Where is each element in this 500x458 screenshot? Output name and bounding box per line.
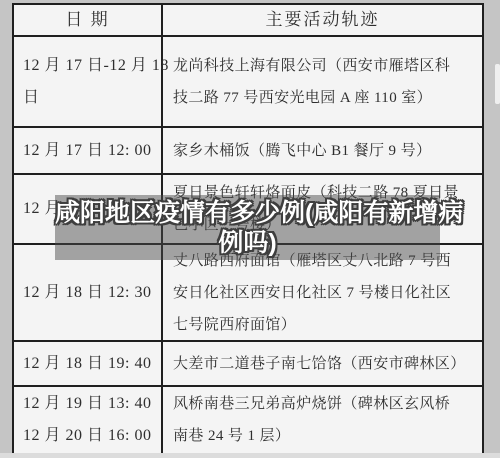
date-text: 12 月 17 日 12: 00 xyxy=(23,135,157,167)
date-text: 12 月 19 日 13: 40 xyxy=(23,388,157,420)
bottom-margin-strip xyxy=(0,453,500,458)
date-cell: 12 月 17 日-12 月 18 日 xyxy=(14,37,163,126)
page: 日 期 主要活动轨迹 12 月 17 日-12 月 18 日 龙尚科技上海有限公… xyxy=(0,0,500,458)
date-text: 12 月 17 日-12 月 18 xyxy=(23,50,157,82)
table-row: 12 月 19 日 13: 40 12 月 20 日 16: 00 风桥南巷三兄… xyxy=(14,387,482,453)
activity-text: 安日化社区西安日化社区 7 号楼日化社区 xyxy=(173,277,478,309)
activity-text: 南巷 24 号 1 层） xyxy=(173,420,478,452)
activity-cell: 龙尚科技上海有限公司（西安市雁塔区科 技二路 77 号西安光电园 A 座 110… xyxy=(163,37,482,126)
date-text: 12 月 20 日 16: 00 xyxy=(23,420,157,452)
activity-text: 大差市二道巷子南七饸饹（西安市碑林区） xyxy=(173,348,478,380)
table-row: 12 月 17 日-12 月 18 日 龙尚科技上海有限公司（西安市雁塔区科 技… xyxy=(14,37,482,128)
scrollbar-thumb[interactable] xyxy=(495,64,500,104)
activity-text: 风桥南巷三兄弟高炉烧饼（碑林区玄风桥 xyxy=(173,388,478,420)
headline-line-2: 例吗) xyxy=(55,228,440,258)
table-row: 12 月 18 日 19: 40 大差市二道巷子南七饸饹（西安市碑林区） xyxy=(14,342,482,387)
header-cell-activity: 主要活动轨迹 xyxy=(163,5,482,35)
date-cell: 12 月 18 日 19: 40 xyxy=(14,342,163,385)
table-row: 12 月 17 日 12: 00 家乡木桶饭（腾飞中心 B1 餐厅 9 号） xyxy=(14,128,482,175)
activity-text: 七号院西府面馆） xyxy=(173,309,478,341)
date-cell: 12 月 17 日 12: 00 xyxy=(14,128,163,173)
header-date-label: 日 期 xyxy=(65,5,109,35)
date-text: 12 月 18 日 19: 40 xyxy=(23,348,157,380)
date-text: 12 月 18 日 12: 30 xyxy=(23,277,157,309)
activity-text: 龙尚科技上海有限公司（西安市雁塔区科 xyxy=(173,50,478,82)
header-activity-label: 主要活动轨迹 xyxy=(266,5,380,35)
header-cell-date: 日 期 xyxy=(14,5,163,35)
activity-cell: 家乡木桶饭（腾飞中心 B1 餐厅 9 号） xyxy=(163,128,482,173)
headline-overlay-banner: 咸阳地区疫情有多少例(咸阳有新增病 例吗) xyxy=(55,195,440,260)
date-text: 日 xyxy=(23,82,157,114)
activity-text: 技二路 77 号西安光电园 A 座 110 室） xyxy=(173,82,478,114)
activity-cell: 大差市二道巷子南七饸饹（西安市碑林区） xyxy=(163,342,482,385)
date-cell: 12 月 19 日 13: 40 12 月 20 日 16: 00 xyxy=(14,387,163,453)
headline-line-1: 咸阳地区疫情有多少例(咸阳有新增病 xyxy=(55,198,440,228)
activity-cell: 风桥南巷三兄弟高炉烧饼（碑林区玄风桥 南巷 24 号 1 层） xyxy=(163,387,482,453)
activity-text: 家乡木桶饭（腾飞中心 B1 餐厅 9 号） xyxy=(173,135,478,167)
table-header-row: 日 期 主要活动轨迹 xyxy=(14,5,482,37)
